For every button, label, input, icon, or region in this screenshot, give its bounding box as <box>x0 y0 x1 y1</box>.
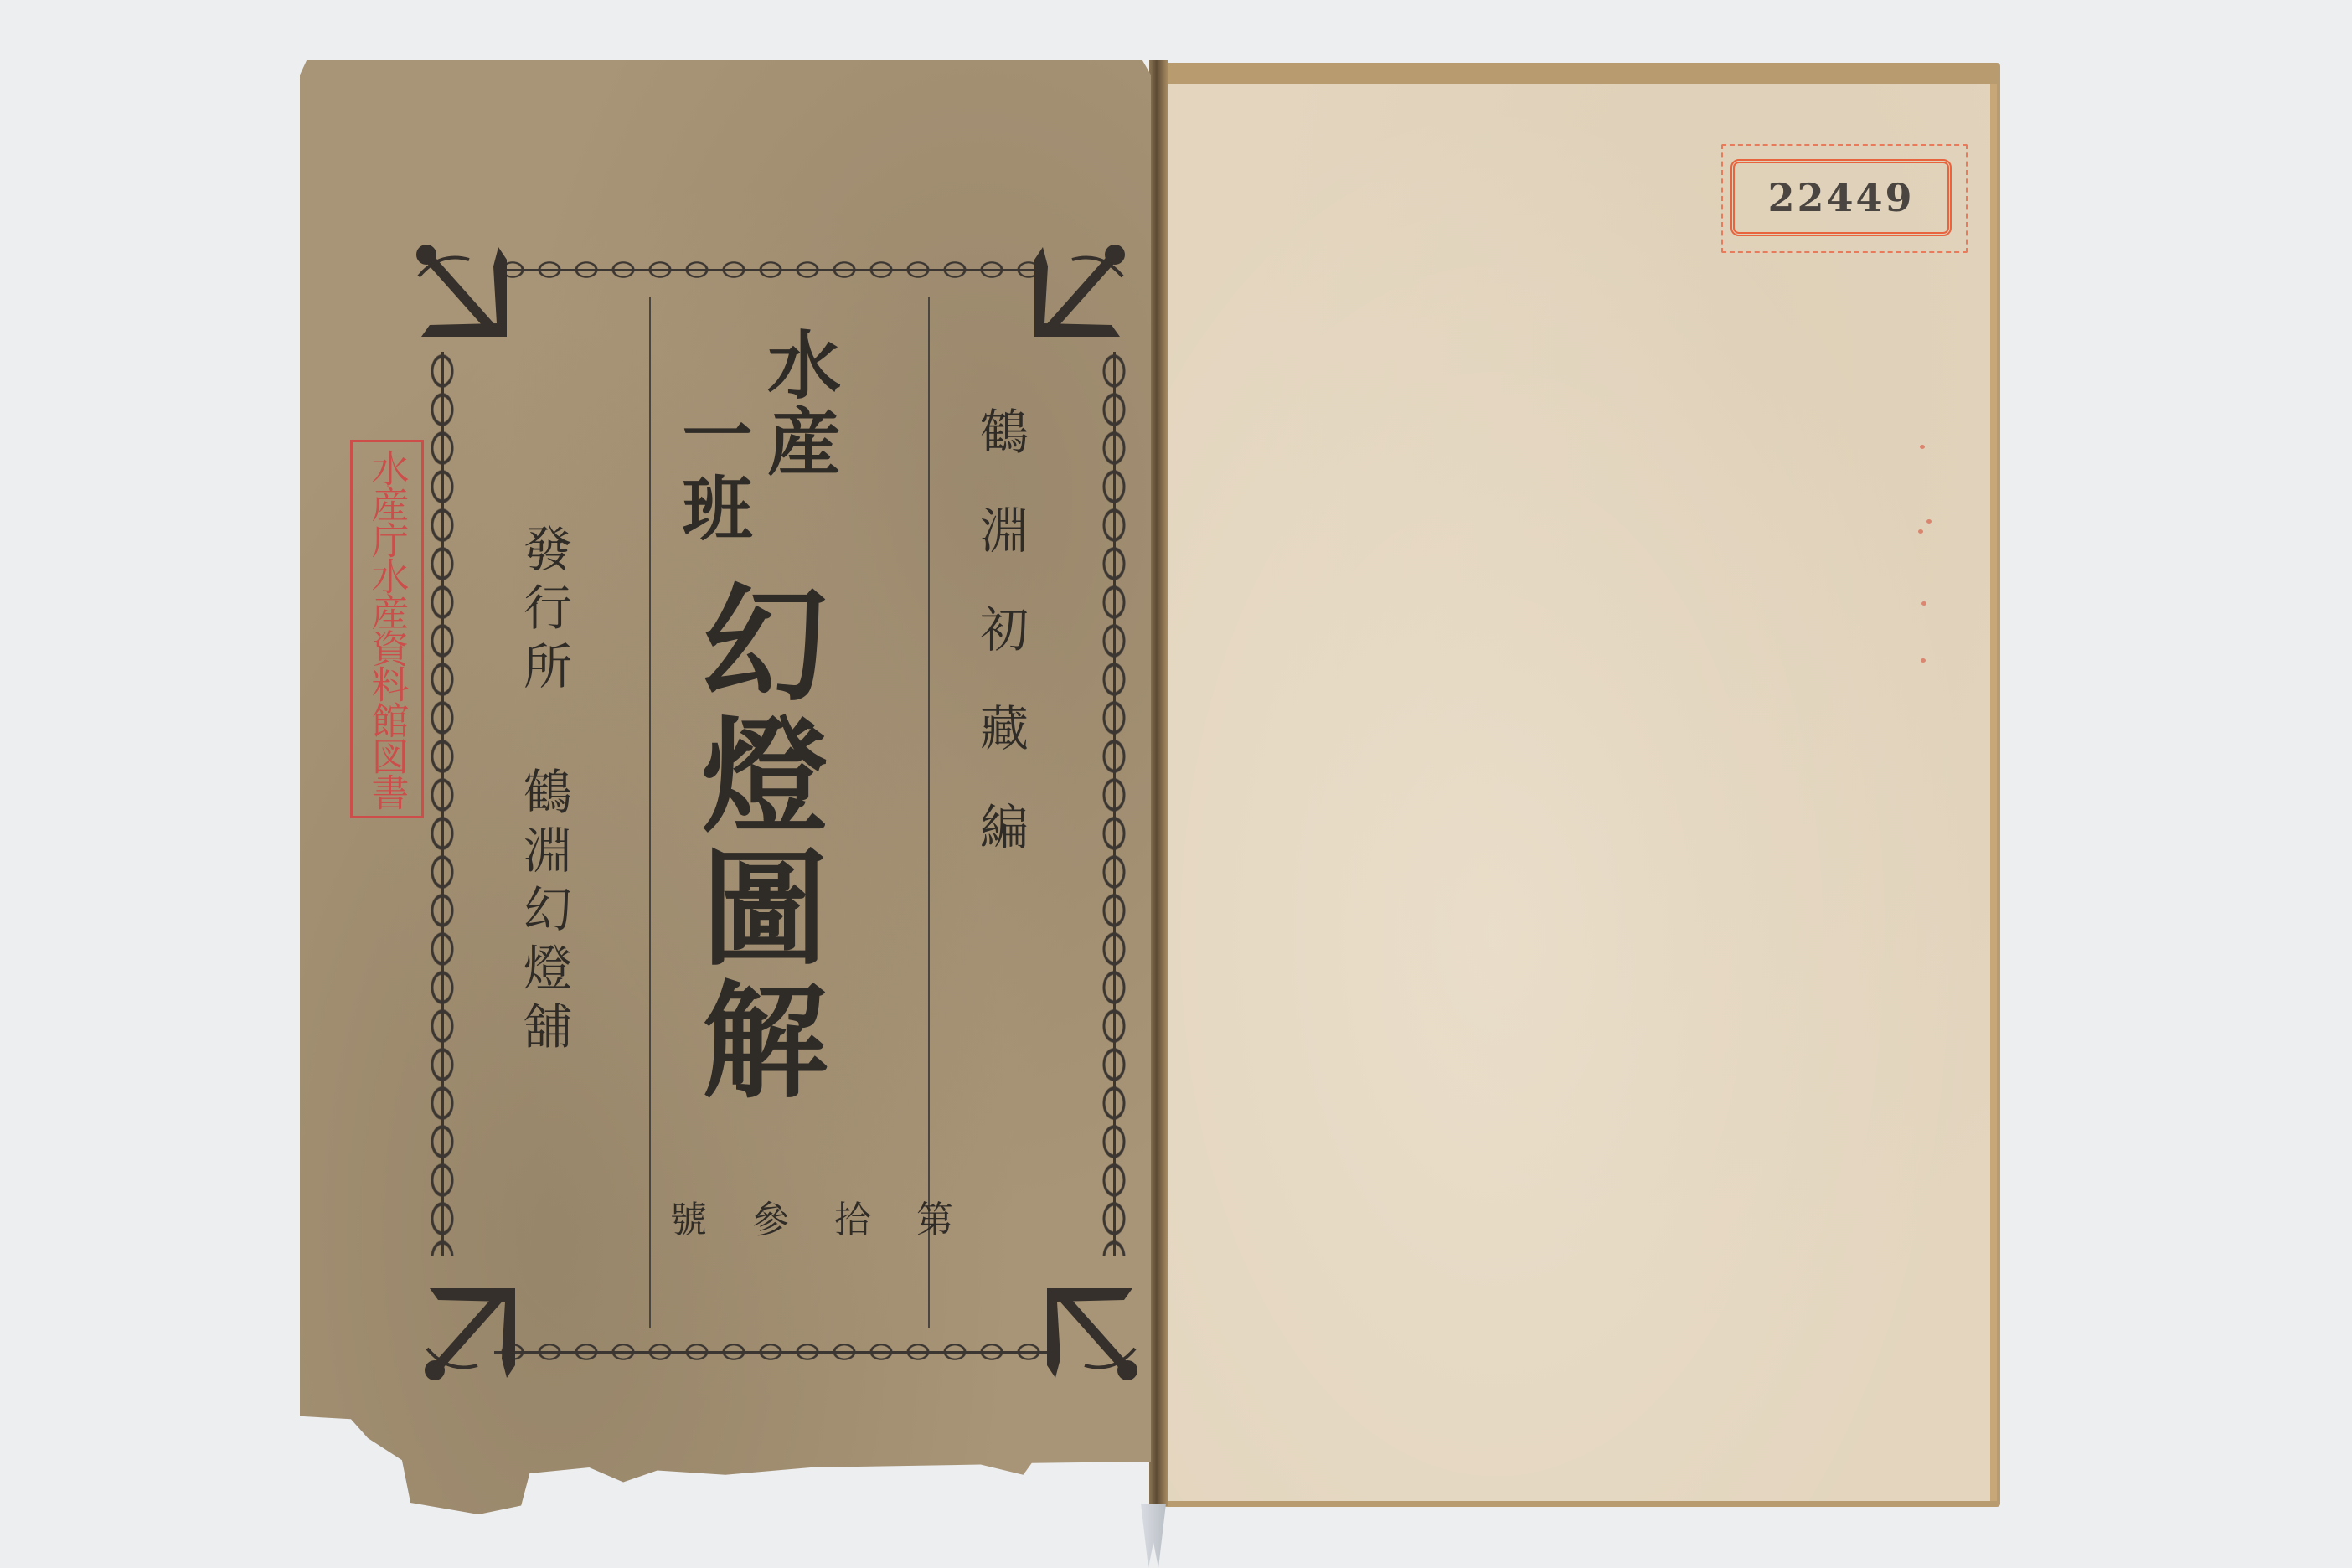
publisher-credit: 發行所 鶴淵幻燈舖 <box>519 524 568 1060</box>
book-spine-gutter <box>1149 60 1168 1506</box>
editor-credit: 鶴淵初藏編 <box>976 406 1024 900</box>
chain-border-left-bar <box>441 352 444 1256</box>
issue-number: 號參拾第 <box>670 1189 998 1243</box>
library-seal-text: 水産庁水産資料館図書 <box>369 449 406 809</box>
red-speck <box>1926 519 1932 524</box>
bookmark-ribbon <box>1141 1504 1166 1568</box>
library-seal: 水産庁水産資料館図書 <box>350 440 424 818</box>
chain-border-top-bar <box>494 269 1047 271</box>
divider-rule-left <box>649 297 651 1328</box>
red-speck <box>1918 529 1923 534</box>
title-main: 幻燈圖解 <box>691 578 817 1107</box>
anchor-icon <box>1039 1282 1139 1382</box>
red-speck <box>1921 601 1926 606</box>
accession-stamp: 22449 <box>1730 159 1952 236</box>
title-prefix-suisan: 水産 <box>762 327 836 481</box>
red-speck <box>1921 658 1926 663</box>
anchor-icon <box>415 243 515 343</box>
accession-number: 22449 <box>1767 175 1914 220</box>
red-speck <box>1920 445 1925 449</box>
right-page-fore-edge <box>1990 84 1997 1501</box>
anchor-icon <box>1026 243 1127 343</box>
anchor-icon <box>423 1282 524 1382</box>
divider-rule-right <box>928 297 930 1328</box>
right-page-endpaper <box>1166 84 1990 1501</box>
chain-border-right-bar <box>1113 352 1116 1256</box>
title-prefix-ippan: 一班 <box>677 398 747 545</box>
chain-border-bottom-bar <box>494 1351 1047 1354</box>
